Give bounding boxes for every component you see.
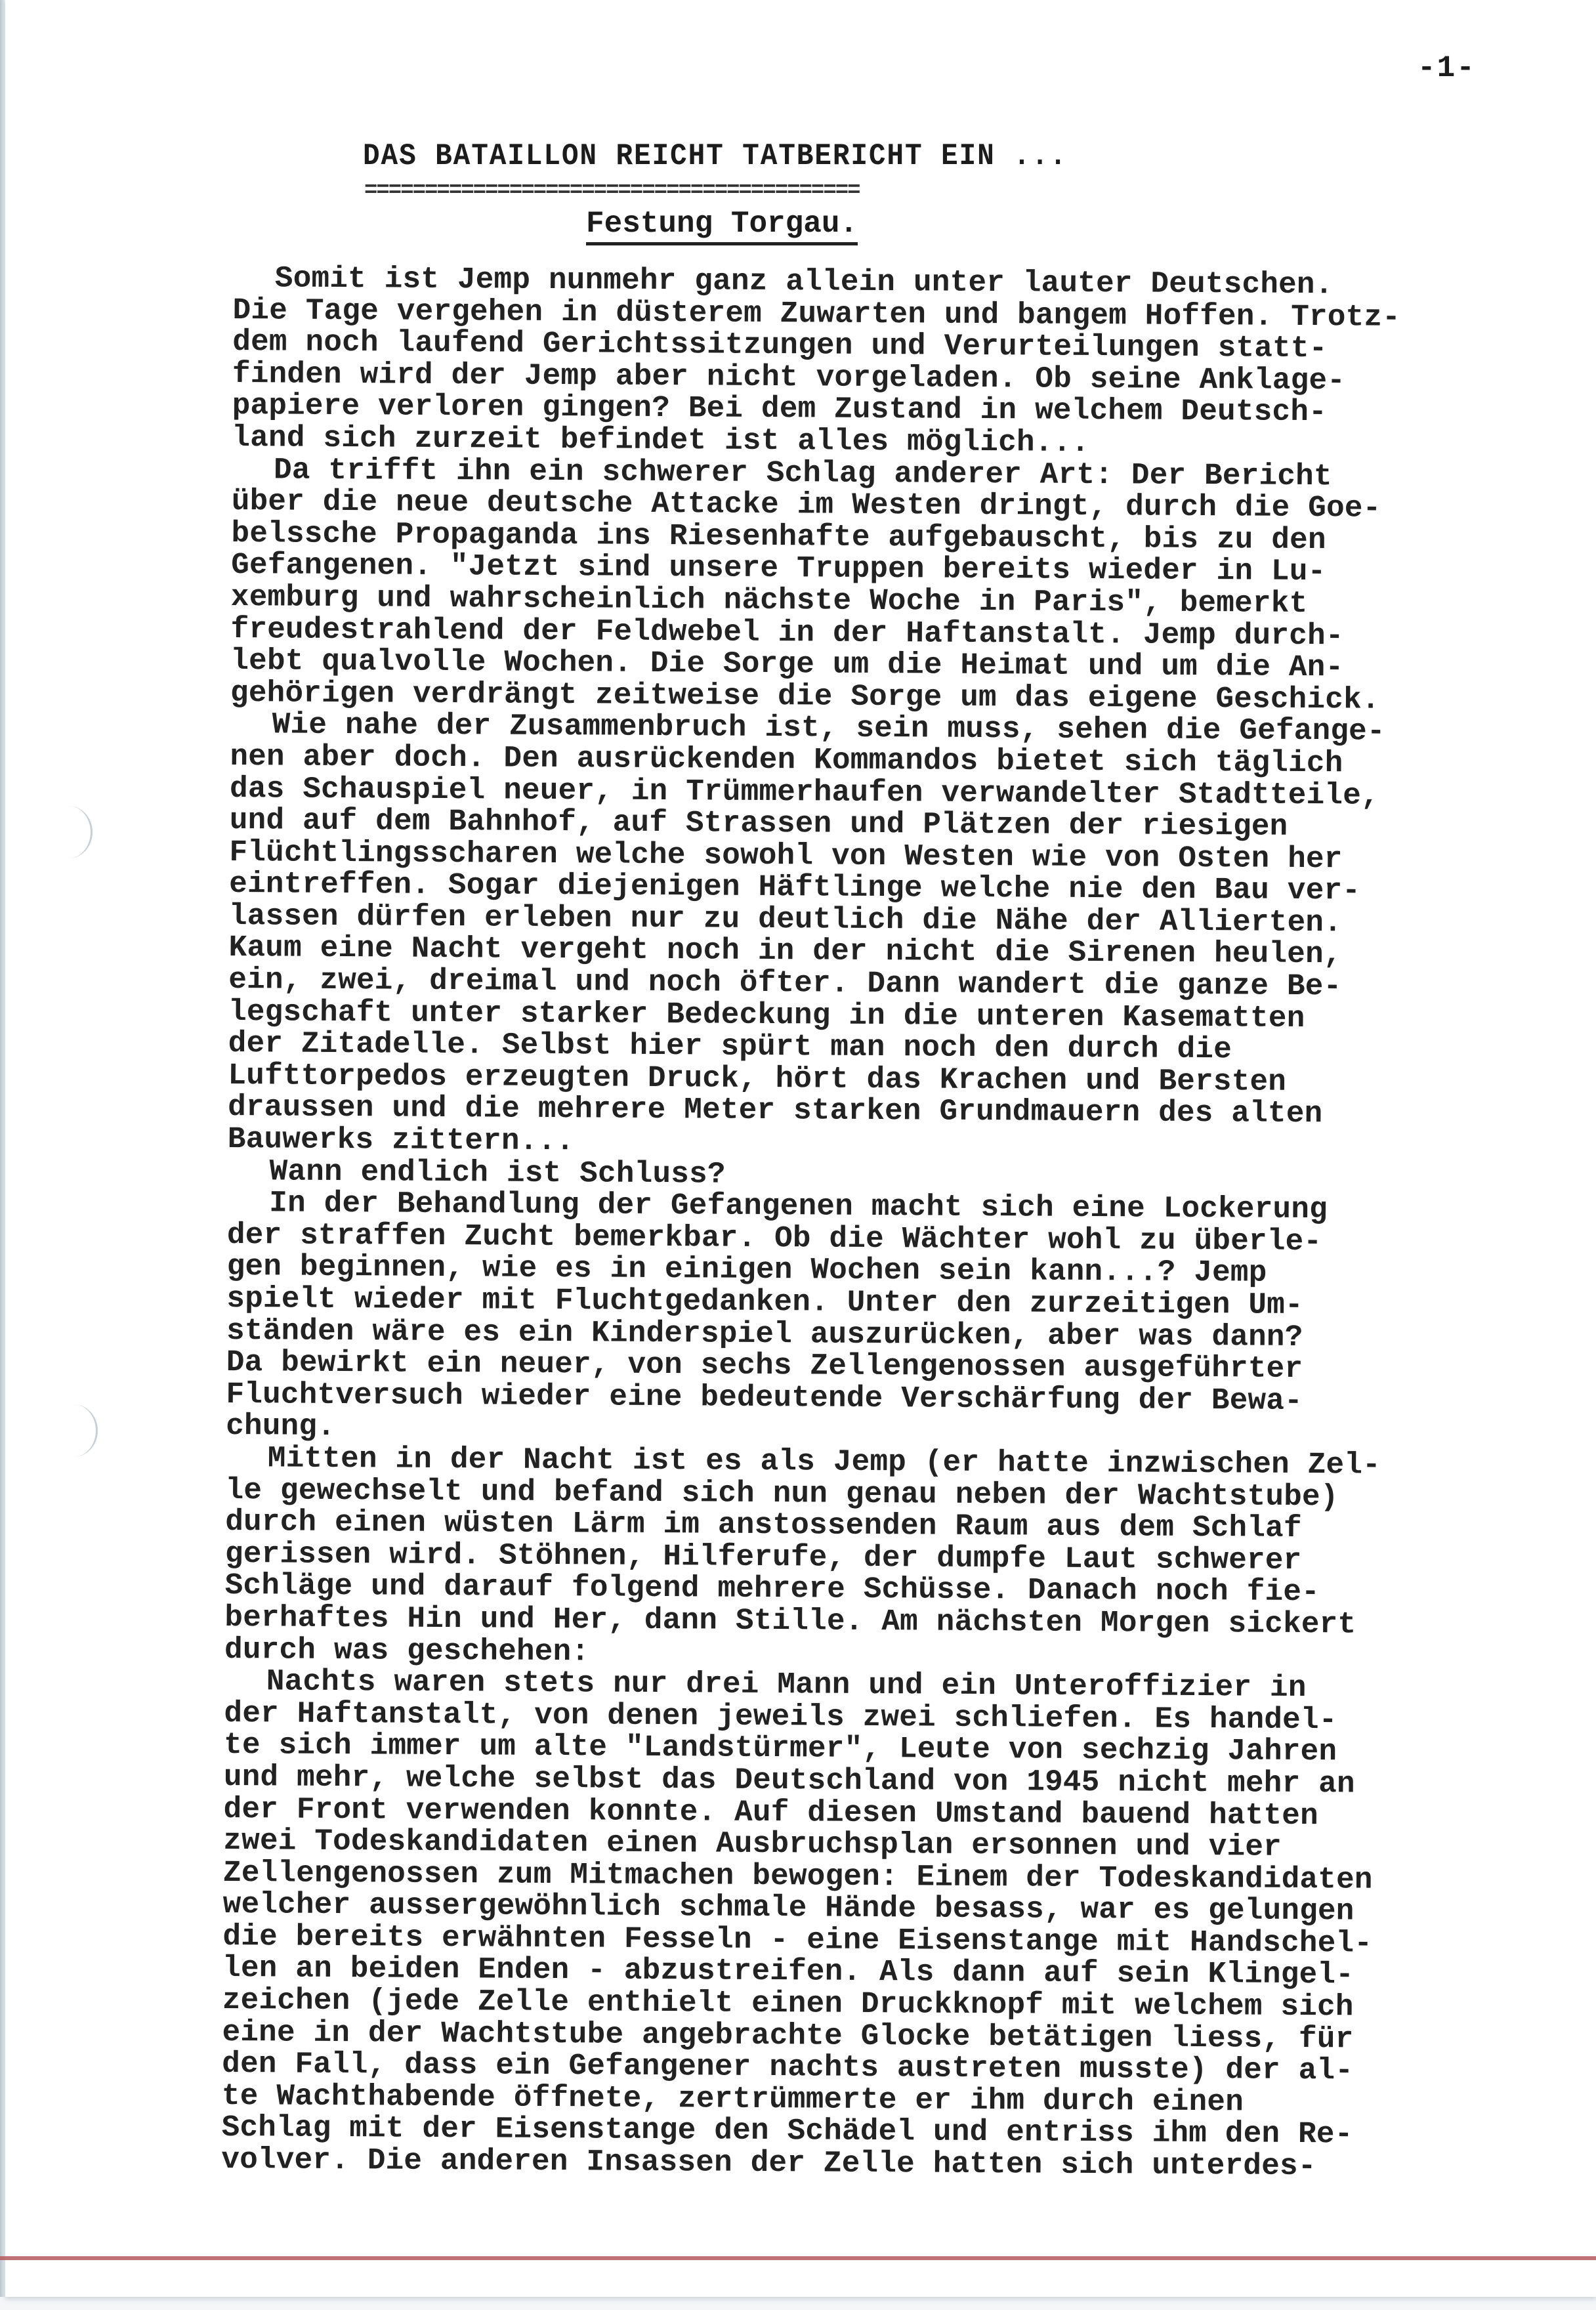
document-title: DAS BATAILLON REICHT TATBERICHT EIN ...	[363, 139, 1068, 173]
punch-hole-mark	[45, 806, 93, 858]
text-line: volver. Die anderen Insassen der Zelle h…	[221, 2144, 1507, 2184]
scan-left-edge	[0, 0, 5, 2297]
page-number: -1-	[1417, 51, 1476, 85]
document-body: Somit ist Jemp nunmehr ganz allein unter…	[221, 262, 1519, 2184]
document-subtitle: Festung Torgau.	[586, 207, 858, 245]
punch-hole-mark	[50, 1404, 98, 1457]
title-underline-rule: ========================================…	[364, 181, 1178, 201]
red-margin-line	[0, 2256, 1596, 2260]
